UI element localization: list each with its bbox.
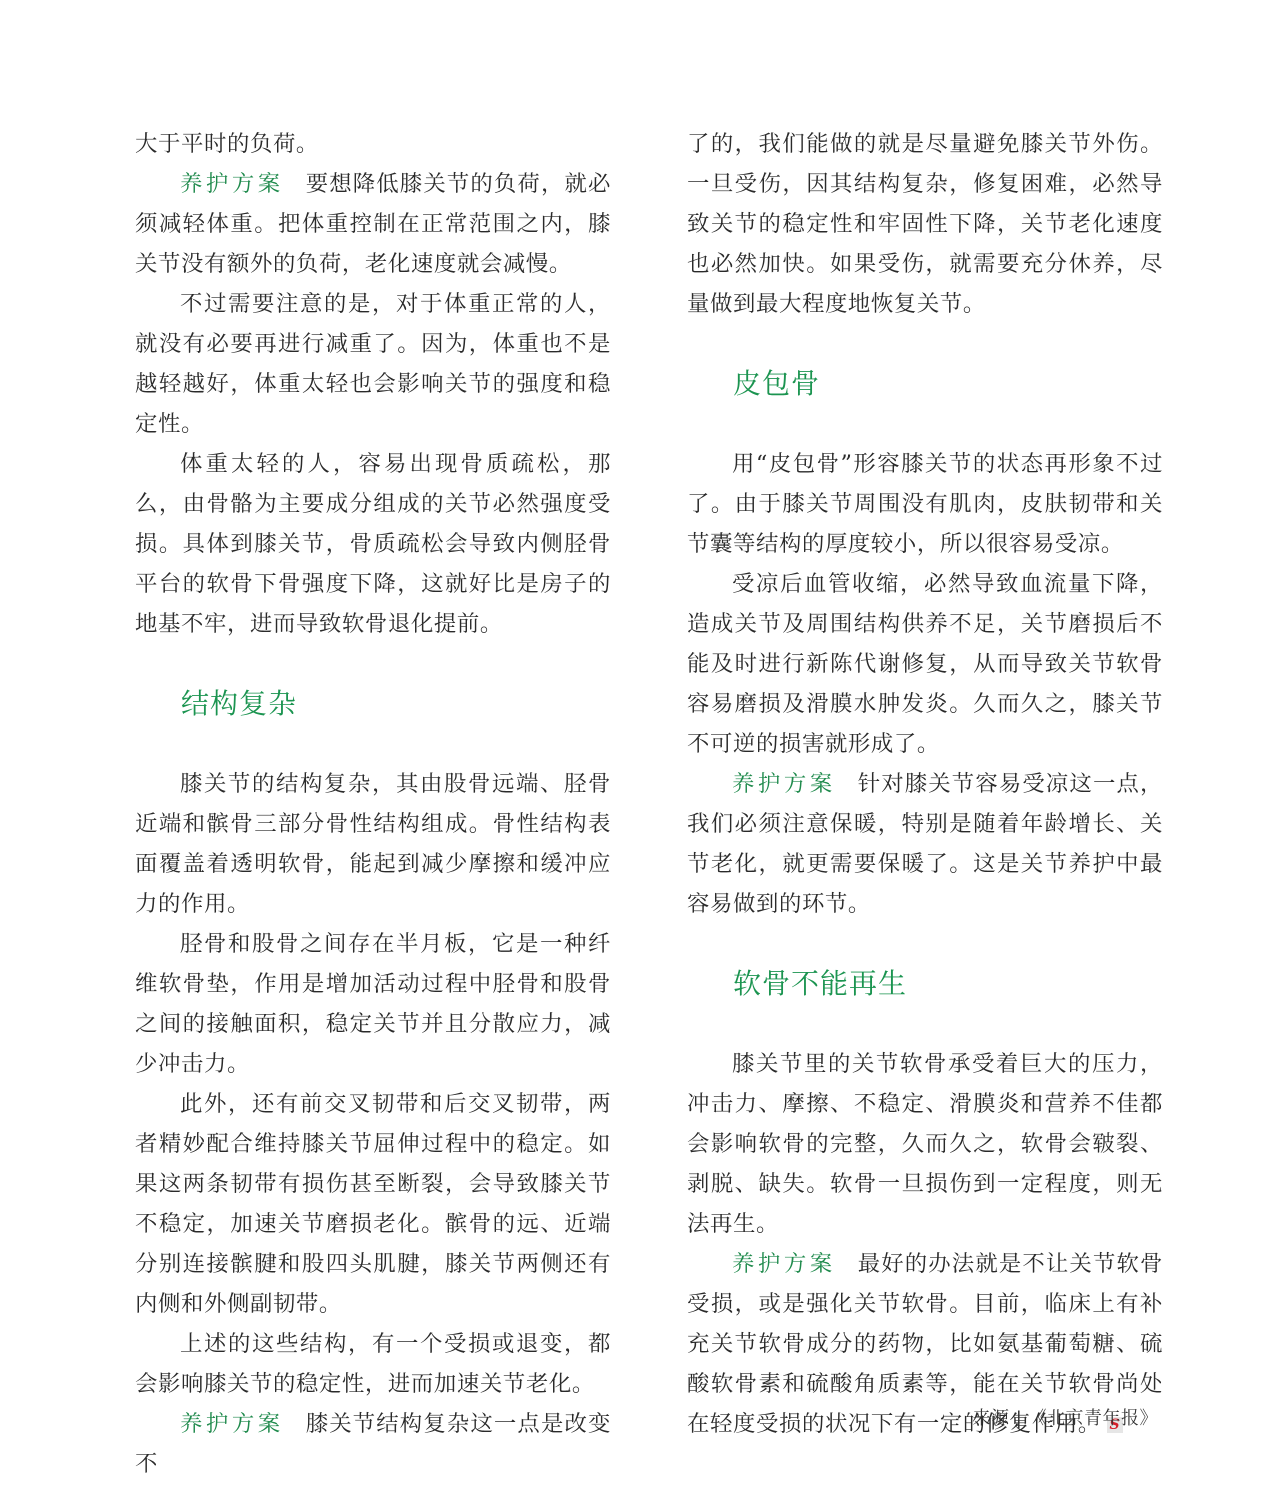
care-plan-paragraph: 养护方案膝关节结构复杂这一点是改变不 [135,1404,611,1484]
care-plan-paragraph: 养护方案针对膝关节容易受凉这一点，我们必须注意保暖，特别是随着年龄增长、关节老化… [687,764,1163,924]
paragraph: 了的，我们能做的就是尽量避免膝关节外伤。一旦受伤，因其结构复杂，修复困难，必然导… [687,124,1163,324]
paragraph: 上述的这些结构，有一个受损或退变，都会影响膝关节的稳定性，进而加速关节老化。 [135,1324,611,1404]
right-column: 了的，我们能做的就是尽量避免膝关节外伤。一旦受伤，因其结构复杂，修复困难，必然导… [687,124,1163,1444]
care-plan-label: 养护方案 [180,1411,284,1437]
care-plan-label: 养护方案 [180,171,284,197]
source-credit: 来源 | 《北京青年报》 [972,1404,1158,1430]
section-heading: 结构复杂 [135,684,611,724]
section-heading: 皮包骨 [687,364,1163,404]
paragraph: 体重太轻的人，容易出现骨质疏松，那么，由骨骼为主要成分组成的关节必然强度受损。具… [135,444,611,644]
left-column: 大于平时的负荷。 养护方案要想降低膝关节的负荷，就必须减轻体重。把体重控制在正常… [135,124,611,1484]
paragraph: 胫骨和股骨之间存在半月板，它是一种纤维软骨垫，作用是增加活动过程中胫骨和股骨之间… [135,924,611,1084]
care-plan-paragraph: 养护方案要想降低膝关节的负荷，就必须减轻体重。把体重控制在正常范围之内，膝关节没… [135,164,611,284]
care-plan-label: 养护方案 [732,1251,836,1277]
paragraph: 大于平时的负荷。 [135,124,611,164]
paragraph: 膝关节的结构复杂，其由股骨远端、胫骨近端和髌骨三部分骨性结构组成。骨性结构表面覆… [135,764,611,924]
paragraph: 不过需要注意的是，对于体重正常的人，就没有必要再进行减重了。因为，体重也不是越轻… [135,284,611,444]
section-heading: 软骨不能再生 [687,964,1163,1004]
care-plan-label: 养护方案 [732,771,836,797]
paragraph: 膝关节里的关节软骨承受着巨大的压力，冲击力、摩擦、不稳定、滑膜炎和营养不佳都会影… [687,1044,1163,1244]
paragraph: 此外，还有前交叉韧带和后交叉韧带，两者精妙配合维持膝关节屈伸过程中的稳定。如果这… [135,1084,611,1324]
paragraph: 用“皮包骨”形容膝关节的状态再形象不过了。由于膝关节周围没有肌肉，皮肤韧带和关节… [687,444,1163,564]
paragraph: 受凉后血管收缩，必然导致血流量下降，造成关节及周围结构供养不足，关节磨损后不能及… [687,564,1163,764]
